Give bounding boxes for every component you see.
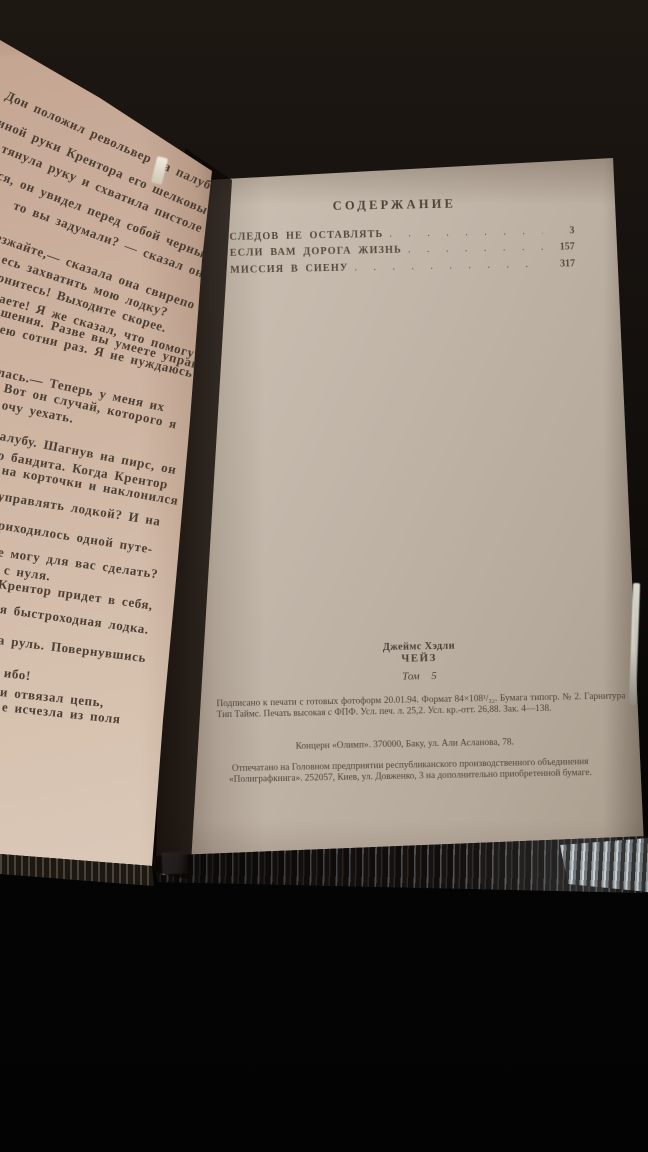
printing-paragraph: Отпечатано на Головном предприятии респу… [206, 757, 615, 788]
toc-list: СЛЕДОВ НЕ ОСТАВЛЯТЬ. . . . . . . . . . .… [229, 225, 575, 281]
toc-entry-title: МИССИЯ В СИЕНУ [230, 262, 349, 275]
toc-entry-page-number: 3 [546, 225, 574, 237]
toc-entry-title: СЛЕДОВ НЕ ОСТАВЛЯТЬ [229, 229, 383, 243]
toc-entry-page-number: 317 [547, 258, 575, 270]
toc-dot-leader: . . . . . . . . . . . . . . . . . . . . … [408, 242, 543, 256]
toc-dot-leader: . . . . . . . . . . . . . . . . . . . . … [389, 226, 542, 240]
volume-label: Том 5 [196, 667, 643, 687]
publisher-line: Концерн «Олимп». 370000, Баку, ул. Али А… [181, 735, 628, 754]
book-text-line: а руль. Повернувшись [0, 632, 147, 666]
toc-entry-title: ЕСЛИ ВАМ ДОРОГА ЖИЗНЬ [230, 245, 402, 259]
book-photo: СОДЕРЖАНИЕ СЛЕДОВ НЕ ОСТАВЛЯТЬ. . . . . … [0, 0, 648, 1152]
toc-dot-leader: . . . . . . . . . . . . . . . . . . . . … [354, 258, 543, 273]
imprint-paragraph: Подписано к печати с готовых фотоформ 20… [216, 691, 625, 721]
toc-heading: СОДЕРЖАНИЕ [171, 193, 618, 217]
contents-page-content: СОДЕРЖАНИЕ СЛЕДОВ НЕ ОСТАВЛЯТЬ. . . . . … [170, 151, 630, 859]
author-block: Джеймс Хэдли ЧЕЙЗ Том 5 [195, 637, 643, 687]
toc-entry-page-number: 157 [547, 242, 575, 254]
book-text-line: ибо! [3, 665, 32, 684]
